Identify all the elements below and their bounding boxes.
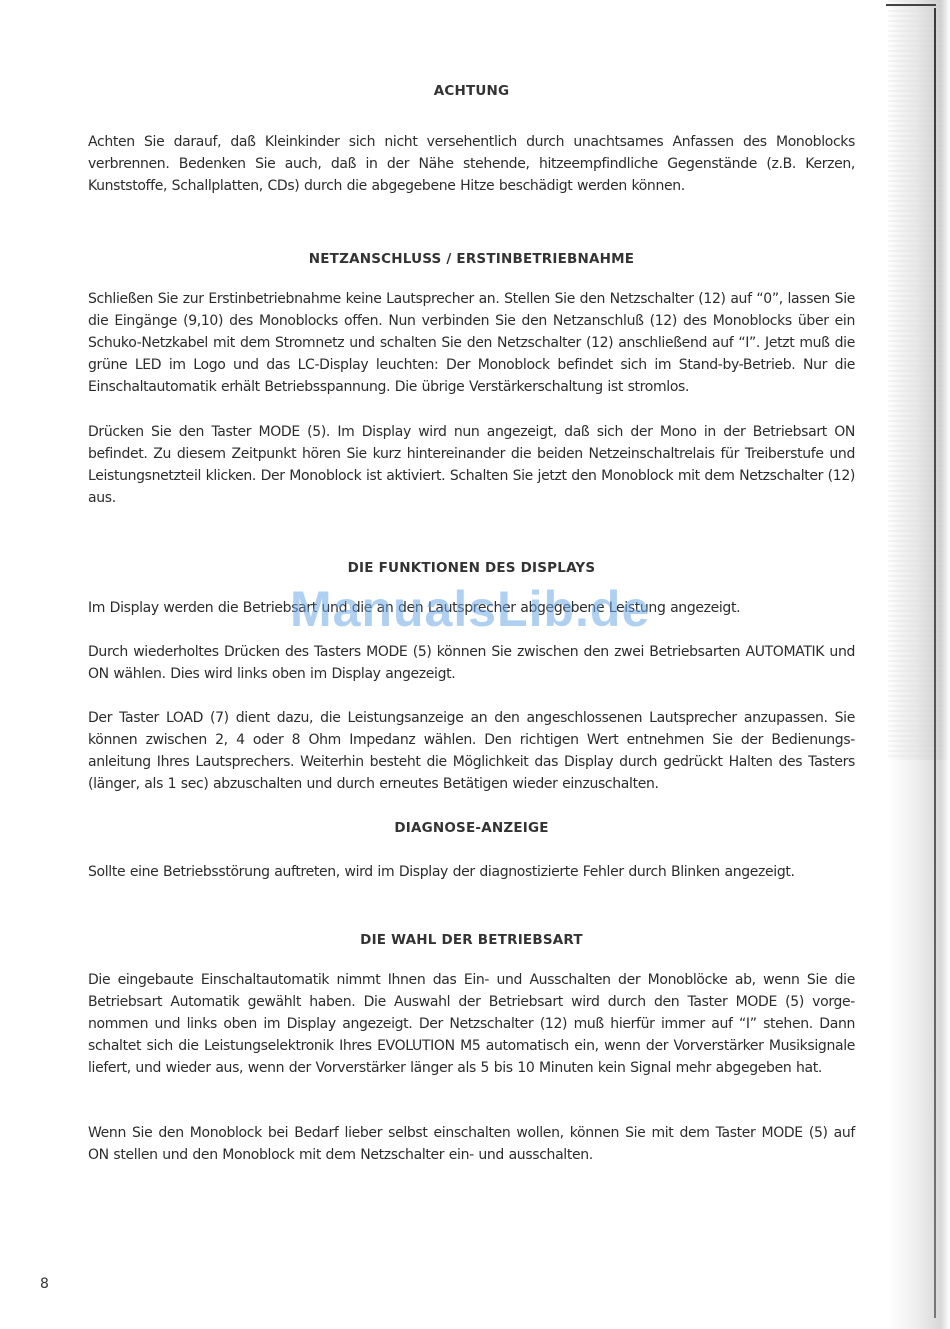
scan-page-edge-line: [934, 8, 936, 1318]
heading-funktionen-display: DIE FUNKTIONEN DES DISPLAYS: [88, 560, 855, 576]
page-number: 8: [40, 1276, 49, 1292]
paragraph-display-3: Der Taster LOAD (7) dient dazu, die Leis…: [88, 707, 855, 795]
paragraph-display-2: Durch wiederholtes Drücken des Tasters M…: [88, 641, 855, 685]
paragraph-betriebsart-2: Wenn Sie den Monoblock bei Bedarf lieber…: [88, 1122, 855, 1166]
heading-diagnose: DIAGNOSE-ANZEIGE: [88, 820, 855, 836]
heading-netzanschluss: NETZANSCHLUSS / ERSTINBETRIEBNAHME: [88, 251, 855, 267]
scan-page-edge-topline: [886, 4, 936, 6]
paragraph-netzanschluss-1: Schließen Sie zur Erstinbetriebnahme kei…: [88, 288, 855, 398]
paragraph-diagnose: Sollte eine Betriebsstörung auftreten, w…: [88, 861, 855, 883]
heading-achtung: ACHTUNG: [88, 83, 855, 99]
paragraph-netzanschluss-2: Drücken Sie den Taster MODE (5). Im Disp…: [88, 421, 855, 509]
paragraph-betriebsart-1: Die eingebaute Einschaltautomatik nimmt …: [88, 969, 855, 1079]
heading-betriebsart: DIE WAHL DER BETRIEBSART: [88, 932, 855, 948]
scan-page-edge: [888, 0, 950, 1329]
paragraph-display-1: Im Display werden die Betriebsart und di…: [88, 597, 855, 619]
paragraph-achtung: Achten Sie darauf, daß Kleinkinder sich …: [88, 131, 855, 197]
